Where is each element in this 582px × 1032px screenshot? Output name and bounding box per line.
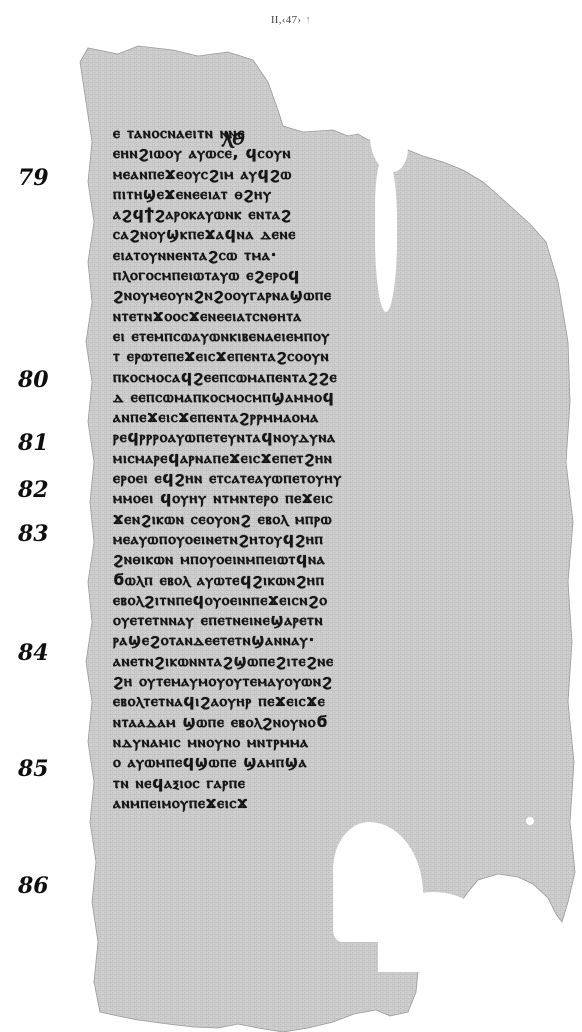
text-line: ϩⲛⲟⲩⲙⲉⲟⲩⲛϩⲛϩⲟⲟⲩⲅⲁⲣⲛⲁϣⲱⲡⲉ (113, 285, 533, 305)
text-line: ⲛⲇⲩⲛⲁⲙⲓⲥ ⲙⲛⲟⲩⲛⲟ ⲙⲛⲧⲣⲙⲙⲁ (113, 732, 533, 752)
text-line: ⲥⲁϩⲛⲟⲩϣⲕⲡⲉϫⲁϥⲛⲁ ⲇⲉⲛⲉ (113, 224, 533, 244)
up-arrow-icon: ↑ (305, 14, 311, 26)
text-line: ϭⲱⲗⲡ ⲉⲃⲟⲗ ⲁⲩⲱⲧⲉϥϩⲓⲕⲱⲛϩⲏⲡ (113, 570, 533, 590)
text-line: ⲟⲩⲉⲧⲉⲧⲛⲛⲁⲩ ⲉⲡⲉⲧⲛⲉⲓⲛⲉϣⲁⲣⲉⲧⲛ (113, 610, 533, 630)
text-line: ⲁⲛⲉⲧⲛϩⲓⲕⲱⲛⲛⲧⲁϩϣⲱⲡⲉϩⲓⲧⲉϩⲛⲉ (113, 651, 533, 671)
page-reference-label: II,‹47› (271, 14, 302, 26)
text-line: ⲟ ⲁⲩⲱⲙⲡⲉϥϣⲱⲡⲉ ϣⲁⲙⲡϣⲁ (113, 752, 533, 772)
text-line: ⲁϩϥϯϩⲁⲣⲟⲕⲁⲩⲱⲛⲕ ⲉⲛⲧⲁϩ (113, 204, 533, 224)
text-line: ϩⲛⲑⲓⲕⲱⲛ ⲙⲡⲟⲩⲟⲉⲓⲛⲙⲡⲉⲓⲱⲧϥⲛⲁ (113, 549, 533, 569)
text-line: ⲉⲃⲟⲗⲧⲉⲧⲛⲁϥⲓϩⲁⲟⲩⲏⲣ ⲡⲉϫⲉⲓⲥϫⲉ (113, 691, 533, 711)
text-line: ⲛⲧⲁⲁⲇⲁⲙ ϣⲱⲡⲉ ⲉⲃⲟⲗϩⲛⲟⲩⲛⲟϭ (113, 712, 533, 732)
text-line: ⲡⲗⲟⲅⲟⲥⲙⲡⲉⲓⲱⲧⲁⲩⲱ ⲉϩⲉⲣⲟϥ (113, 265, 533, 285)
text-line: ⲧⲛ ⲛⲉϥⲁⲝⲓⲟⲥ ⲅⲁⲣⲡⲉ (113, 773, 533, 793)
text-line: ⲉ ⲧⲁⲛⲟⲥⲛⲁⲉⲓⲧⲛ ⲛⲛⲉ (113, 123, 533, 143)
saying-number-84: 84 (18, 640, 49, 666)
text-line: ⲣⲉϥⲣⲣⲣⲟⲁⲩⲱⲡⲉⲧⲉⲩⲛⲧⲁϥⲛⲟⲩⲇⲩⲛⲁ (113, 427, 533, 447)
text-line: ⲡⲕⲟⲥⲙⲟⲥⲁϥϩⲉⲉⲡⲥⲱⲙⲁⲡⲉⲛⲧⲁϩϩⲉ (113, 367, 533, 387)
papyrus-pinhole (526, 817, 534, 825)
coptic-text-block: ⲉ ⲧⲁⲛⲟⲥⲛⲁⲉⲓⲧⲛ ⲛⲛⲉ ⲉⲏⲛϩⲓⲱⲟⲩ ⲁⲩⲱⲥⲉ, ϥⲥⲟⲩⲛ … (113, 123, 533, 813)
saying-number-80: 80 (18, 367, 49, 393)
text-line: ⲉⲓ ⲉⲧⲉⲙⲡⲥⲱⲁⲩⲱⲛⲕⲓⲃⲉⲛⲁⲉⲓⲉⲙⲡⲟⲩ (113, 326, 533, 346)
text-line: ⲙⲉⲁⲩⲱⲡⲟⲩⲟⲉⲓⲛⲉⲧⲛϩⲏⲧⲟⲩϥϩⲏⲡ (113, 529, 533, 549)
saying-number-85: 85 (18, 756, 49, 782)
papyrus-tear-lower-right (378, 892, 488, 972)
text-line: ⲙⲉⲁⲛⲡⲉϫⲉⲟⲩⲥϩⲓⲙ ⲁⲩϥϩⲱ (113, 164, 533, 184)
saying-number-86: 86 (18, 873, 49, 899)
text-line: ⲇ ⲉⲉⲡⲥⲱⲙⲁⲡⲕⲟⲥⲙⲟⲥⲙⲡϣⲁⲙⲙⲟϥ (113, 387, 533, 407)
text-line: ⲛⲧⲉⲧⲛϫⲟⲟⲥϫⲉⲛⲉⲉⲓⲁⲧⲥⲛⲑⲏⲧⲁ (113, 306, 533, 326)
page-reference: II,‹47›↑ (0, 14, 582, 26)
saying-number-79: 79 (18, 165, 49, 191)
text-line: ⲁⲛⲙⲡⲉⲓⲙⲟⲩⲡⲉϫⲉⲓⲥϫ (113, 793, 533, 813)
text-line: ϩⲏ ⲟⲩⲧⲉⲙⲁⲩⲙⲟⲩⲟⲩⲧⲉⲙⲁⲩⲟⲩⲱⲛϩ (113, 671, 533, 691)
text-line: ⲙⲙⲟⲉⲓ ϥⲟⲩⲏⲩ ⲛⲧⲙⲛⲧⲉⲣⲟ ⲡⲉϫⲉⲓⲥ (113, 488, 533, 508)
text-line: ⲉⲏⲛϩⲓⲱⲟⲩ ⲁⲩⲱⲥⲉ, ϥⲥⲟⲩⲛ (113, 143, 533, 163)
text-line: ⲁⲛⲡⲉϫⲉⲓⲥϫⲉⲡⲉⲛⲧⲁϩⲣⲣⲙⲙⲁⲟⲙⲁ (113, 407, 533, 427)
text-line: ⲡⲓⲧⲏϣⲉϫⲉⲛⲉⲉⲓⲁⲧ ⲑϩⲏⲩ (113, 184, 533, 204)
text-line: ⲉⲣⲟⲉⲓ ⲉϥϩⲏⲛ ⲉⲧⲥⲁⲧⲉⲁⲩⲱⲡⲉⲧⲟⲩⲏⲩ (113, 468, 533, 488)
saying-number-83: 83 (18, 521, 49, 547)
saying-number-81: 81 (18, 430, 49, 456)
text-line: ϫⲉⲛϩⲓⲕⲱⲛ ⲥⲉⲟⲩⲟⲛϩ ⲉⲃⲟⲗ ⲙⲡⲣⲱ (113, 509, 533, 529)
text-line: ⲧ ⲉⲣⲱⲧⲉⲡⲉϫⲉⲓⲥϫⲉⲡⲉⲛⲧⲁϩⲥⲟⲟⲩⲛ (113, 346, 533, 366)
text-line: ⲉⲃⲟⲗϩⲓⲧⲛⲡⲉϥⲟⲩⲟⲉⲓⲛⲡⲉϫⲉⲓⲥⲛϩⲟ (113, 590, 533, 610)
text-line: ⲉⲓⲁⲧⲟⲩⲛⲛⲉⲛⲧⲁϩⲥⲱ ⲧⲙⲁ· (113, 245, 533, 265)
text-line: ⲣⲁϣⲉϩⲟⲧⲁⲛⲇⲉⲉⲧⲉⲧⲛϣⲁⲛⲛⲁⲩ· (113, 630, 533, 650)
saying-number-82: 82 (18, 477, 49, 503)
text-line: ⲙⲓⲥⲙⲁⲣⲉϥⲁⲣⲛⲁⲡⲉϫⲉⲓⲥϫⲉⲡⲉⲧϩⲏⲛ (113, 448, 533, 468)
